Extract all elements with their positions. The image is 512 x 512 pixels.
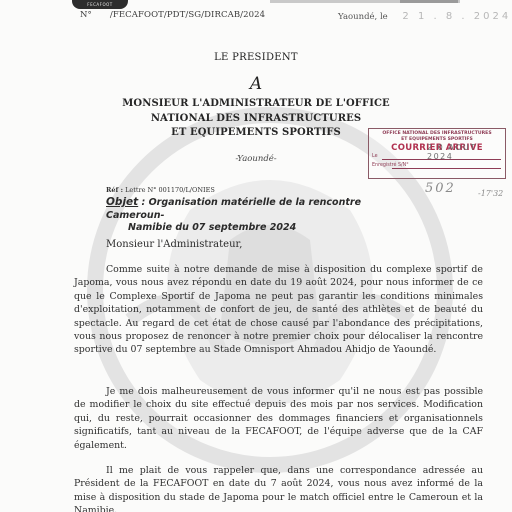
stamp-date-value: 2 0 AOUT 2024 — [427, 143, 505, 161]
stamp-org-line: ET EQUIPEMENTS SPORTIFS — [369, 137, 505, 143]
handwritten-date: 2 1 . 8 . 2024 — [402, 11, 511, 22]
received-mail-stamp: OFFICE NATIONAL DES INFRASTRUCTURES ET E… — [368, 128, 506, 179]
sender-title: LE PRESIDENT — [0, 52, 512, 63]
letter-page: FECAFOOT N°/FECAFOOT/PDT/SG/DIRCAB/2024 … — [0, 0, 512, 512]
paragraph-text: Il me plait de vous rappeler que, dans u… — [74, 464, 483, 512]
scan-artifact — [400, 0, 458, 3]
handwritten-registration-number: 502 — [425, 181, 456, 196]
salutation: Monsieur l'Administrateur, — [106, 239, 242, 250]
reference-number: /FECAFOOT/PDT/SG/DIRCAB/2024 — [110, 10, 265, 20]
fecafoot-logo: FECAFOOT — [72, 0, 128, 9]
to-marker: A — [0, 74, 512, 94]
body-paragraph: Comme suite à notre demande de mise à di… — [74, 263, 483, 357]
stamp-registered-row: Enregistré S/N° — [372, 163, 505, 171]
body-paragraph: Il me plait de vous rappeler que, dans u… — [74, 464, 483, 512]
recipient-line: MONSIEUR L'ADMINISTRATEUR DE L'OFFICE — [0, 97, 512, 112]
body-paragraph: Je me dois malheureusement de vous infor… — [74, 385, 483, 452]
stamp-organization: OFFICE NATIONAL DES INFRASTRUCTURES ET E… — [369, 131, 505, 142]
stamp-date-label: Le — [372, 154, 378, 159]
paragraph-text: Je me dois malheureusement de vous infor… — [74, 385, 483, 452]
stamp-org-line: OFFICE NATIONAL DES INFRASTRUCTURES — [369, 131, 505, 137]
subject-line: Organisation matérielle de la rencontre … — [106, 197, 361, 221]
letter-reference: N°/FECAFOOT/PDT/SG/DIRCAB/2024 — [80, 10, 265, 20]
place-date-label: Yaoundé, le — [338, 12, 388, 22]
reference-label: Réf : — [106, 186, 123, 194]
subject-line: Namibie du 07 septembre 2024 — [106, 222, 406, 235]
recipient-line: NATIONAL DES INFRASTRUCTURES — [0, 112, 512, 127]
reference-prefix: N° — [80, 10, 92, 20]
subject-label: Objet — [106, 196, 138, 208]
logo-text: FECAFOOT — [72, 0, 128, 9]
reference-document: Réf : Lettre N° 001170/L/ONIES — [106, 186, 215, 194]
reference-value: Lettre N° 001170/L/ONIES — [125, 186, 215, 194]
place-date: Yaoundé, le 2 1 . 8 . 2024 — [338, 11, 511, 22]
paragraph-text: Comme suite à notre demande de mise à di… — [74, 263, 483, 357]
handwritten-note: -17'32 — [478, 189, 503, 198]
subject: Objet : Organisation matérielle de la re… — [106, 196, 406, 235]
stamp-date-row: Le 2 0 AOUT 2024 — [372, 154, 505, 162]
